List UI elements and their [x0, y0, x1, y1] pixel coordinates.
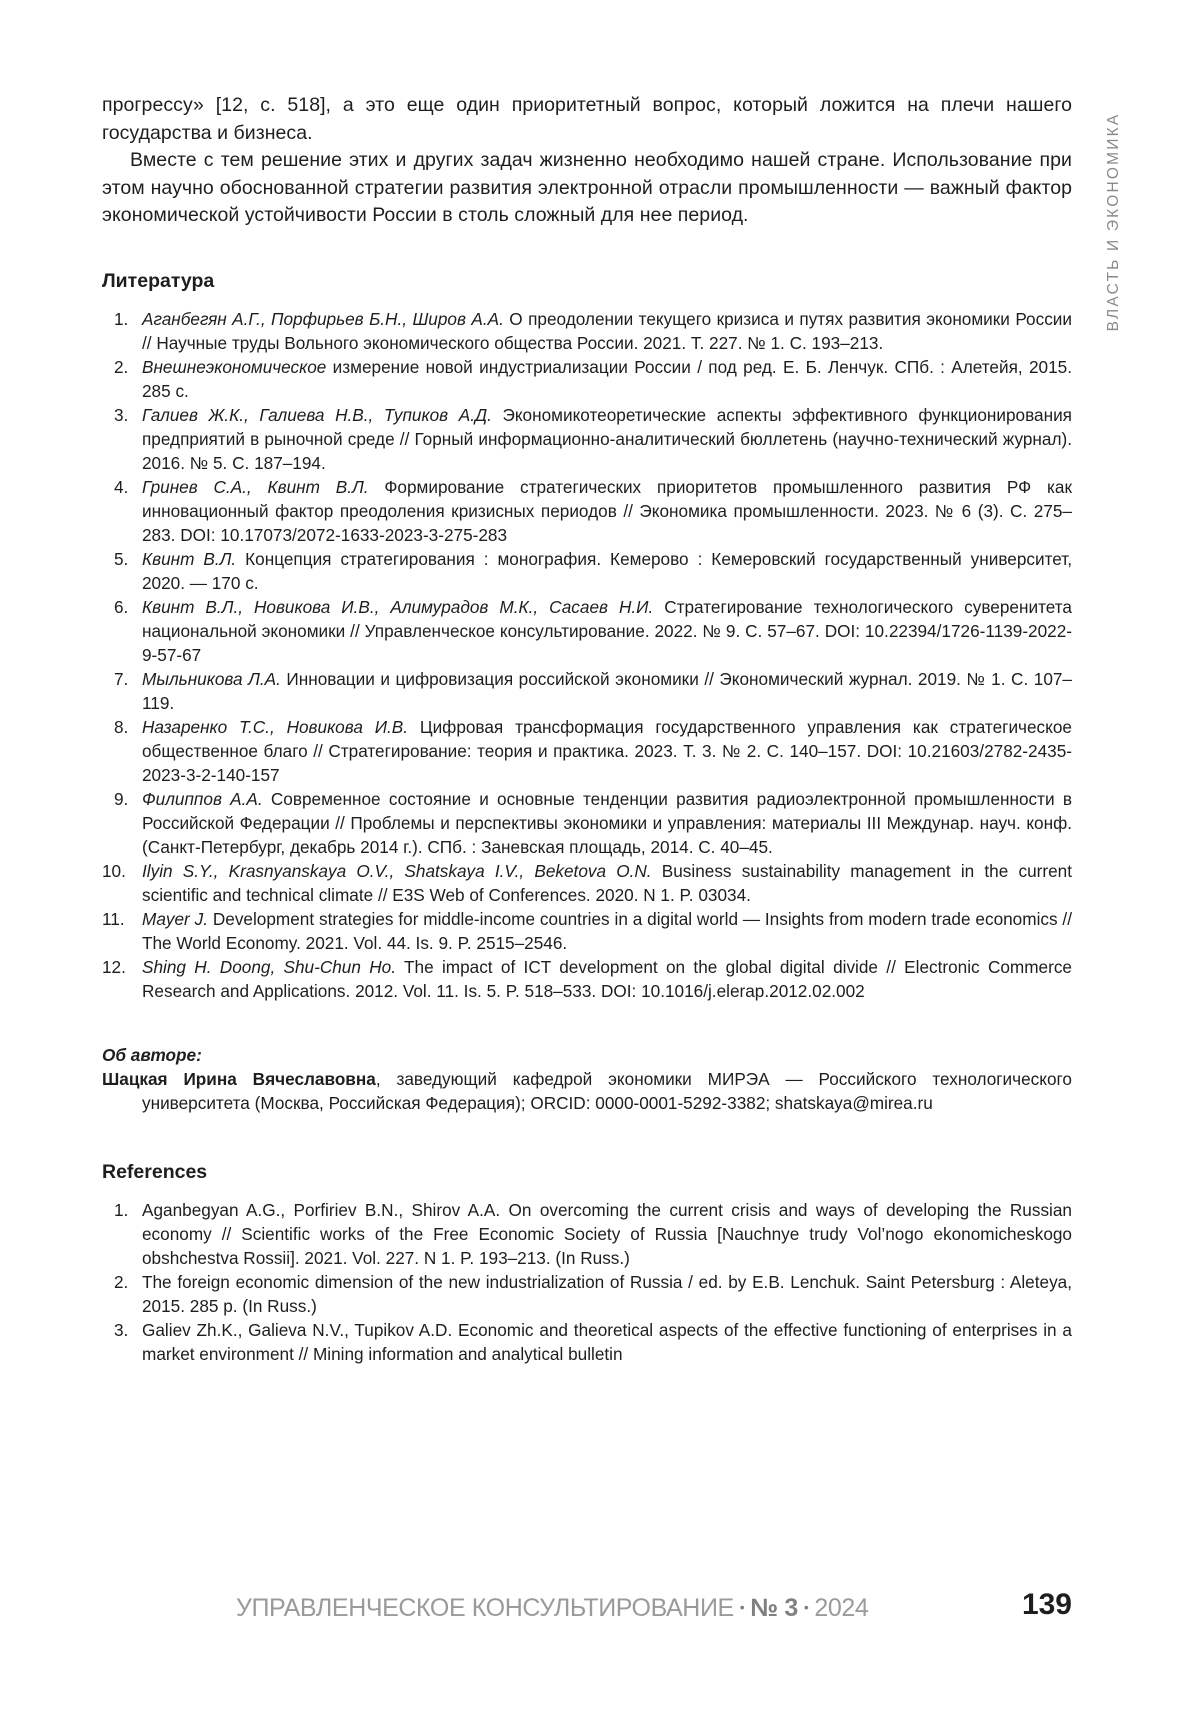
literature-item: 10.Ilyin S.Y., Krasnyanskaya O.V., Shats… — [102, 859, 1072, 907]
author-name: Шацкая Ирина Вячеславовна — [102, 1069, 376, 1089]
item-authors: Ilyin S.Y., Krasnyanskaya O.V., Shatskay… — [142, 861, 652, 881]
item-number: 1. — [114, 307, 128, 331]
literature-item: 4.Гринев С.А., Квинт В.Л. Формирование с… — [102, 475, 1072, 547]
journal-name: УПРАВЛЕНЧЕСКОЕ КОНСУЛЬТИРОВАНИЕ — [236, 1594, 734, 1622]
literature-item: 6.Квинт В.Л., Новикова И.В., Алимурадов … — [102, 595, 1072, 667]
item-authors: Аганбегян А.Г., Порфирьев Б.Н., Широв А.… — [142, 309, 504, 329]
literature-item: 3.Галиев Ж.К., Галиева Н.В., Тупиков А.Д… — [102, 403, 1072, 475]
item-text: Инновации и цифровизация российской экон… — [142, 669, 1072, 713]
author-info: Шацкая Ирина Вячеславовна, заведующий ка… — [102, 1067, 1072, 1115]
body-text: прогрессу» [12, с. 518], а это еще один … — [102, 92, 1072, 230]
literature-item: 2.Внешнеэкономическое измерение новой ин… — [102, 355, 1072, 403]
item-text: Development strategies for middle-income… — [142, 909, 1072, 953]
separator-dot: • — [798, 1599, 815, 1615]
item-number: 5. — [114, 547, 128, 571]
reference-item: 2.The foreign economic dimension of the … — [102, 1270, 1072, 1318]
item-text: Galiev Zh.K., Galieva N.V., Tupikov A.D.… — [142, 1320, 1072, 1364]
item-number: 7. — [114, 667, 128, 691]
literature-list: 1.Аганбегян А.Г., Порфирьев Б.Н., Широв … — [102, 307, 1072, 1003]
section-side-label: ВЛАСТЬ И ЭКОНОМИКА — [1105, 113, 1123, 332]
item-number: 10. — [102, 859, 126, 883]
item-text: Концепция стратегирования : монография. … — [142, 549, 1072, 593]
body-paragraph: прогрессу» [12, с. 518], а это еще один … — [102, 92, 1072, 147]
literature-item: 5.Квинт В.Л. Концепция стратегирования :… — [102, 547, 1072, 595]
about-author: Об авторе: Шацкая Ирина Вячеславовна, за… — [102, 1043, 1072, 1115]
literature-item: 8.Назаренко Т.С., Новикова И.В. Цифровая… — [102, 715, 1072, 787]
item-number: 2. — [114, 1270, 128, 1294]
running-footer: УПРАВЛЕНЧЕСКОЕ КОНСУЛЬТИРОВАНИЕ•№ 3•2024 — [236, 1594, 868, 1623]
item-number: 6. — [114, 595, 128, 619]
item-number: 3. — [114, 1318, 128, 1342]
issue-year: 2024 — [814, 1594, 868, 1622]
item-authors: Галиев Ж.К., Галиева Н.В., Тупиков А.Д. — [142, 405, 492, 425]
item-number: 9. — [114, 787, 128, 811]
literature-heading: Литература — [102, 270, 1072, 293]
literature-item: 12.Shing H. Doong, Shu-Chun Ho. The impa… — [102, 955, 1072, 1003]
reference-item: 1.Aganbegyan A.G., Porfiriev B.N., Shiro… — [102, 1198, 1072, 1270]
literature-item: 11.Mayer J. Development strategies for m… — [102, 907, 1072, 955]
item-number: 12. — [102, 955, 126, 979]
item-number: 3. — [114, 403, 128, 427]
item-authors: Mayer J. — [142, 909, 208, 929]
literature-item: 9.Филиппов А.А. Современное состояние и … — [102, 787, 1072, 859]
issue-number: № 3 — [750, 1594, 798, 1622]
literature-item: 7.Мыльникова Л.А. Инновации и цифровизац… — [102, 667, 1072, 715]
page-number: 139 — [1022, 1588, 1072, 1622]
item-text: Aganbegyan A.G., Porfiriev B.N., Shirov … — [142, 1200, 1072, 1268]
item-number: 2. — [114, 355, 128, 379]
page-content: прогрессу» [12, с. 518], а это еще один … — [102, 92, 1072, 1366]
item-authors: Shing H. Doong, Shu-Chun Ho. — [142, 957, 396, 977]
item-authors: Мыльникова Л.А. — [142, 669, 281, 689]
item-text: Современное состояние и основные тенденц… — [142, 789, 1072, 857]
item-text: The foreign economic dimension of the ne… — [142, 1272, 1072, 1316]
about-author-label: Об авторе: — [102, 1043, 1072, 1067]
item-authors: Гринев С.А., Квинт В.Л. — [142, 477, 369, 497]
item-authors: Квинт В.Л., Новикова И.В., Алимурадов М.… — [142, 597, 653, 617]
item-number: 4. — [114, 475, 128, 499]
item-authors: Квинт В.Л. — [142, 549, 236, 569]
item-authors: Назаренко Т.С., Новикова И.В. — [142, 717, 408, 737]
references-list: 1.Aganbegyan A.G., Porfiriev B.N., Shiro… — [102, 1198, 1072, 1366]
separator-dot: • — [734, 1599, 751, 1615]
literature-item: 1.Аганбегян А.Г., Порфирьев Б.Н., Широв … — [102, 307, 1072, 355]
references-heading: References — [102, 1161, 1072, 1184]
item-authors: Филиппов А.А. — [142, 789, 263, 809]
item-authors: Внешнеэкономическое — [142, 357, 326, 377]
item-number: 11. — [102, 907, 125, 931]
reference-item: 3.Galiev Zh.K., Galieva N.V., Tupikov A.… — [102, 1318, 1072, 1366]
item-number: 1. — [114, 1198, 128, 1222]
item-number: 8. — [114, 715, 128, 739]
body-paragraph: Вместе с тем решение этих и других задач… — [102, 147, 1072, 230]
